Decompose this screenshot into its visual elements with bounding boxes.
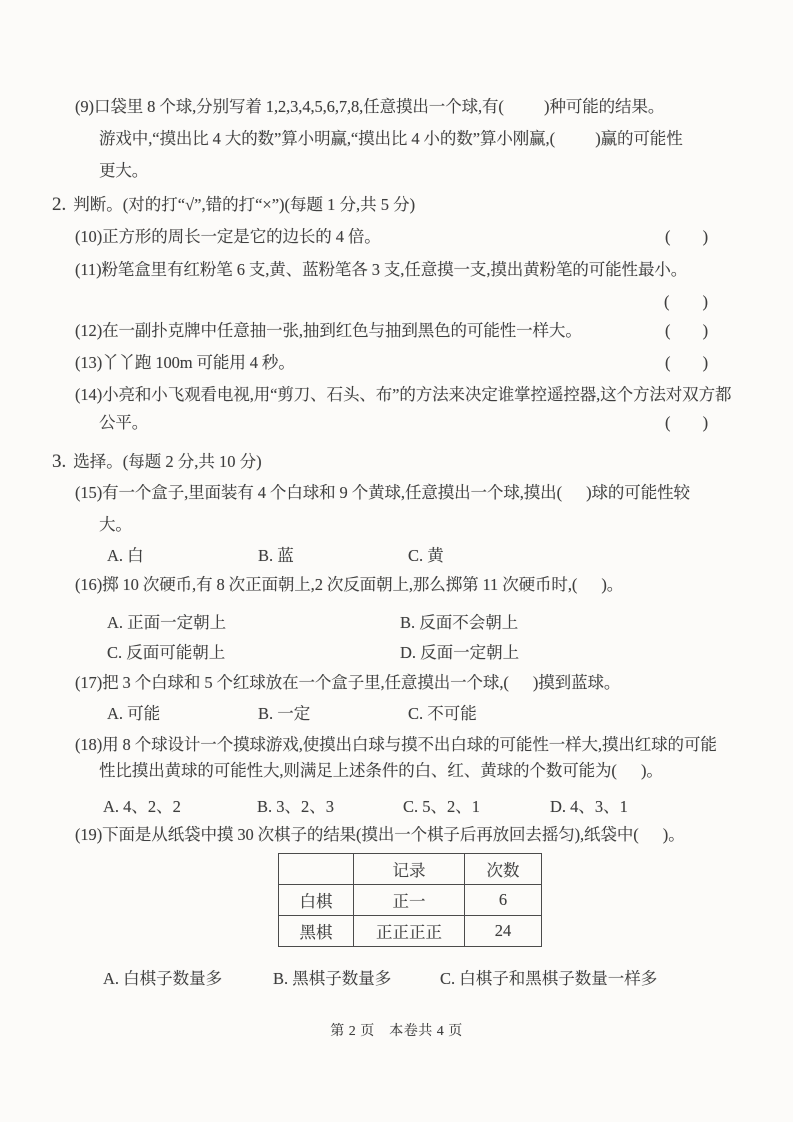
question-17-text: (17)把 3 个白球和 5 个红球放在一个盒子里,任意摸出一个球,( )摸到蓝…	[75, 672, 620, 694]
question-19-option-a: A. 白棋子数量多	[103, 965, 222, 989]
question-9-line-2: 游戏中,“摸出比 4 大的数”算小明赢,“摸出比 4 小的数”算小刚赢,( )赢…	[99, 128, 683, 150]
question-13: (13)丫丫跑 100m 可能用 4 秒。 ( )	[75, 352, 708, 374]
question-9-line-1: (9)口袋里 8 个球,分别写着 1,2,3,4,5,6,7,8,任意摸出一个球…	[75, 96, 664, 118]
question-19-option-b: B. 黑棋子数量多	[273, 965, 391, 989]
question-14-text: 公平。	[99, 412, 148, 434]
question-18-option-c: C. 5、2、1	[403, 793, 480, 817]
question-16-option-b: B. 反面不会朝上	[400, 609, 518, 633]
question-15-option-c: C. 黄	[408, 542, 444, 566]
question-15-line-2: 大。	[99, 514, 132, 536]
section-2-title: 判断。(对的打“√”,错的打“×”)(每题 1 分,共 5 分)	[73, 191, 415, 215]
table-header-count: 次数	[465, 854, 542, 885]
question-18-line-1: (18)用 8 个球设计一个摸球游戏,使摸出白球与摸不出白球的可能性一样大,摸出…	[75, 734, 717, 756]
question-9-line-3: 更大。	[99, 160, 148, 182]
question-18-option-b: B. 3、2、3	[257, 793, 334, 817]
question-16-text: (16)掷 10 次硬币,有 8 次正面朝上,2 次反面朝上,那么掷第 11 次…	[75, 574, 623, 596]
question-11-answer-blank: ( )	[664, 292, 708, 312]
question-13-text: (13)丫丫跑 100m 可能用 4 秒。	[75, 352, 295, 374]
question-12-text: (12)在一副扑克牌中任意抽一张,抽到红色与抽到黑色的可能性一样大。	[75, 320, 582, 342]
question-12-answer-blank: ( )	[665, 320, 708, 342]
question-15-option-b: B. 蓝	[258, 542, 294, 566]
table-header-row: 记录 次数	[279, 854, 542, 885]
page-footer: 第 2 页 本卷共 4 页	[0, 1020, 793, 1040]
question-19-option-c: C. 白棋子和黑棋子数量一样多	[440, 965, 657, 989]
table-header-empty	[279, 854, 354, 885]
table-row: 黑棋 正正正正 24	[279, 916, 542, 947]
white-piece-label: 白棋	[279, 885, 354, 916]
question-11-text: (11)粉笔盒里有红粉笔 6 支,黄、蓝粉笔各 3 支,任意摸一支,摸出黄粉笔的…	[75, 259, 687, 281]
section-2-number: 2.	[52, 194, 66, 216]
exam-page: (9)口袋里 8 个球,分别写着 1,2,3,4,5,6,7,8,任意摸出一个球…	[0, 0, 793, 1122]
question-10: (10)正方形的周长一定是它的边长的 4 倍。 ( )	[75, 226, 708, 248]
question-10-text: (10)正方形的周长一定是它的边长的 4 倍。	[75, 226, 381, 248]
section-3-heading: 3. 选择。(每题 2 分,共 10 分)	[52, 448, 262, 473]
question-15-option-a: A. 白	[107, 542, 144, 566]
question-13-answer-blank: ( )	[665, 352, 708, 374]
question-19-text: (19)下面是从纸袋中摸 30 次棋子的结果(摸出一个棋子后再放回去摇匀),纸袋…	[75, 824, 685, 846]
white-piece-count: 6	[465, 885, 542, 916]
table-header-record: 记录	[354, 854, 465, 885]
question-18-option-a: A. 4、2、2	[103, 793, 181, 817]
question-14-line-2: 公平。 ( )	[99, 412, 708, 434]
section-2-heading: 2. 判断。(对的打“√”,错的打“×”)(每题 1 分,共 5 分)	[52, 191, 415, 216]
tally-record-table: 记录 次数 白棋 正一 6 黑棋 正正正正 24	[278, 853, 542, 947]
white-piece-record: 正一	[354, 885, 465, 916]
question-18-option-d: D. 4、3、1	[550, 793, 628, 817]
question-14-answer-blank: ( )	[665, 412, 708, 434]
black-piece-label: 黑棋	[279, 916, 354, 947]
question-18-line-2: 性比摸出黄球的可能性大,则满足上述条件的白、红、黄球的个数可能为( )。	[99, 760, 663, 782]
question-15-line-1: (15)有一个盒子,里面装有 4 个白球和 9 个黄球,任意摸出一个球,摸出( …	[75, 482, 690, 504]
table-row: 白棋 正一 6	[279, 885, 542, 916]
question-14-line-1: (14)小亮和小飞观看电视,用“剪刀、石头、布”的方法来决定谁掌控遥控器,这个方…	[75, 384, 731, 406]
section-3-number: 3.	[52, 451, 66, 473]
question-17-option-a: A. 可能	[107, 700, 160, 724]
question-12: (12)在一副扑克牌中任意抽一张,抽到红色与抽到黑色的可能性一样大。 ( )	[75, 320, 708, 342]
question-10-answer-blank: ( )	[665, 226, 708, 248]
question-17-option-c: C. 不可能	[408, 700, 477, 724]
question-16-option-d: D. 反面一定朝上	[400, 639, 519, 663]
black-piece-count: 24	[465, 916, 542, 947]
question-16-option-c: C. 反面可能朝上	[107, 639, 225, 663]
black-piece-record: 正正正正	[354, 916, 465, 947]
question-17-option-b: B. 一定	[258, 700, 310, 724]
section-3-title: 选择。(每题 2 分,共 10 分)	[73, 448, 261, 472]
question-16-option-a: A. 正面一定朝上	[107, 609, 226, 633]
